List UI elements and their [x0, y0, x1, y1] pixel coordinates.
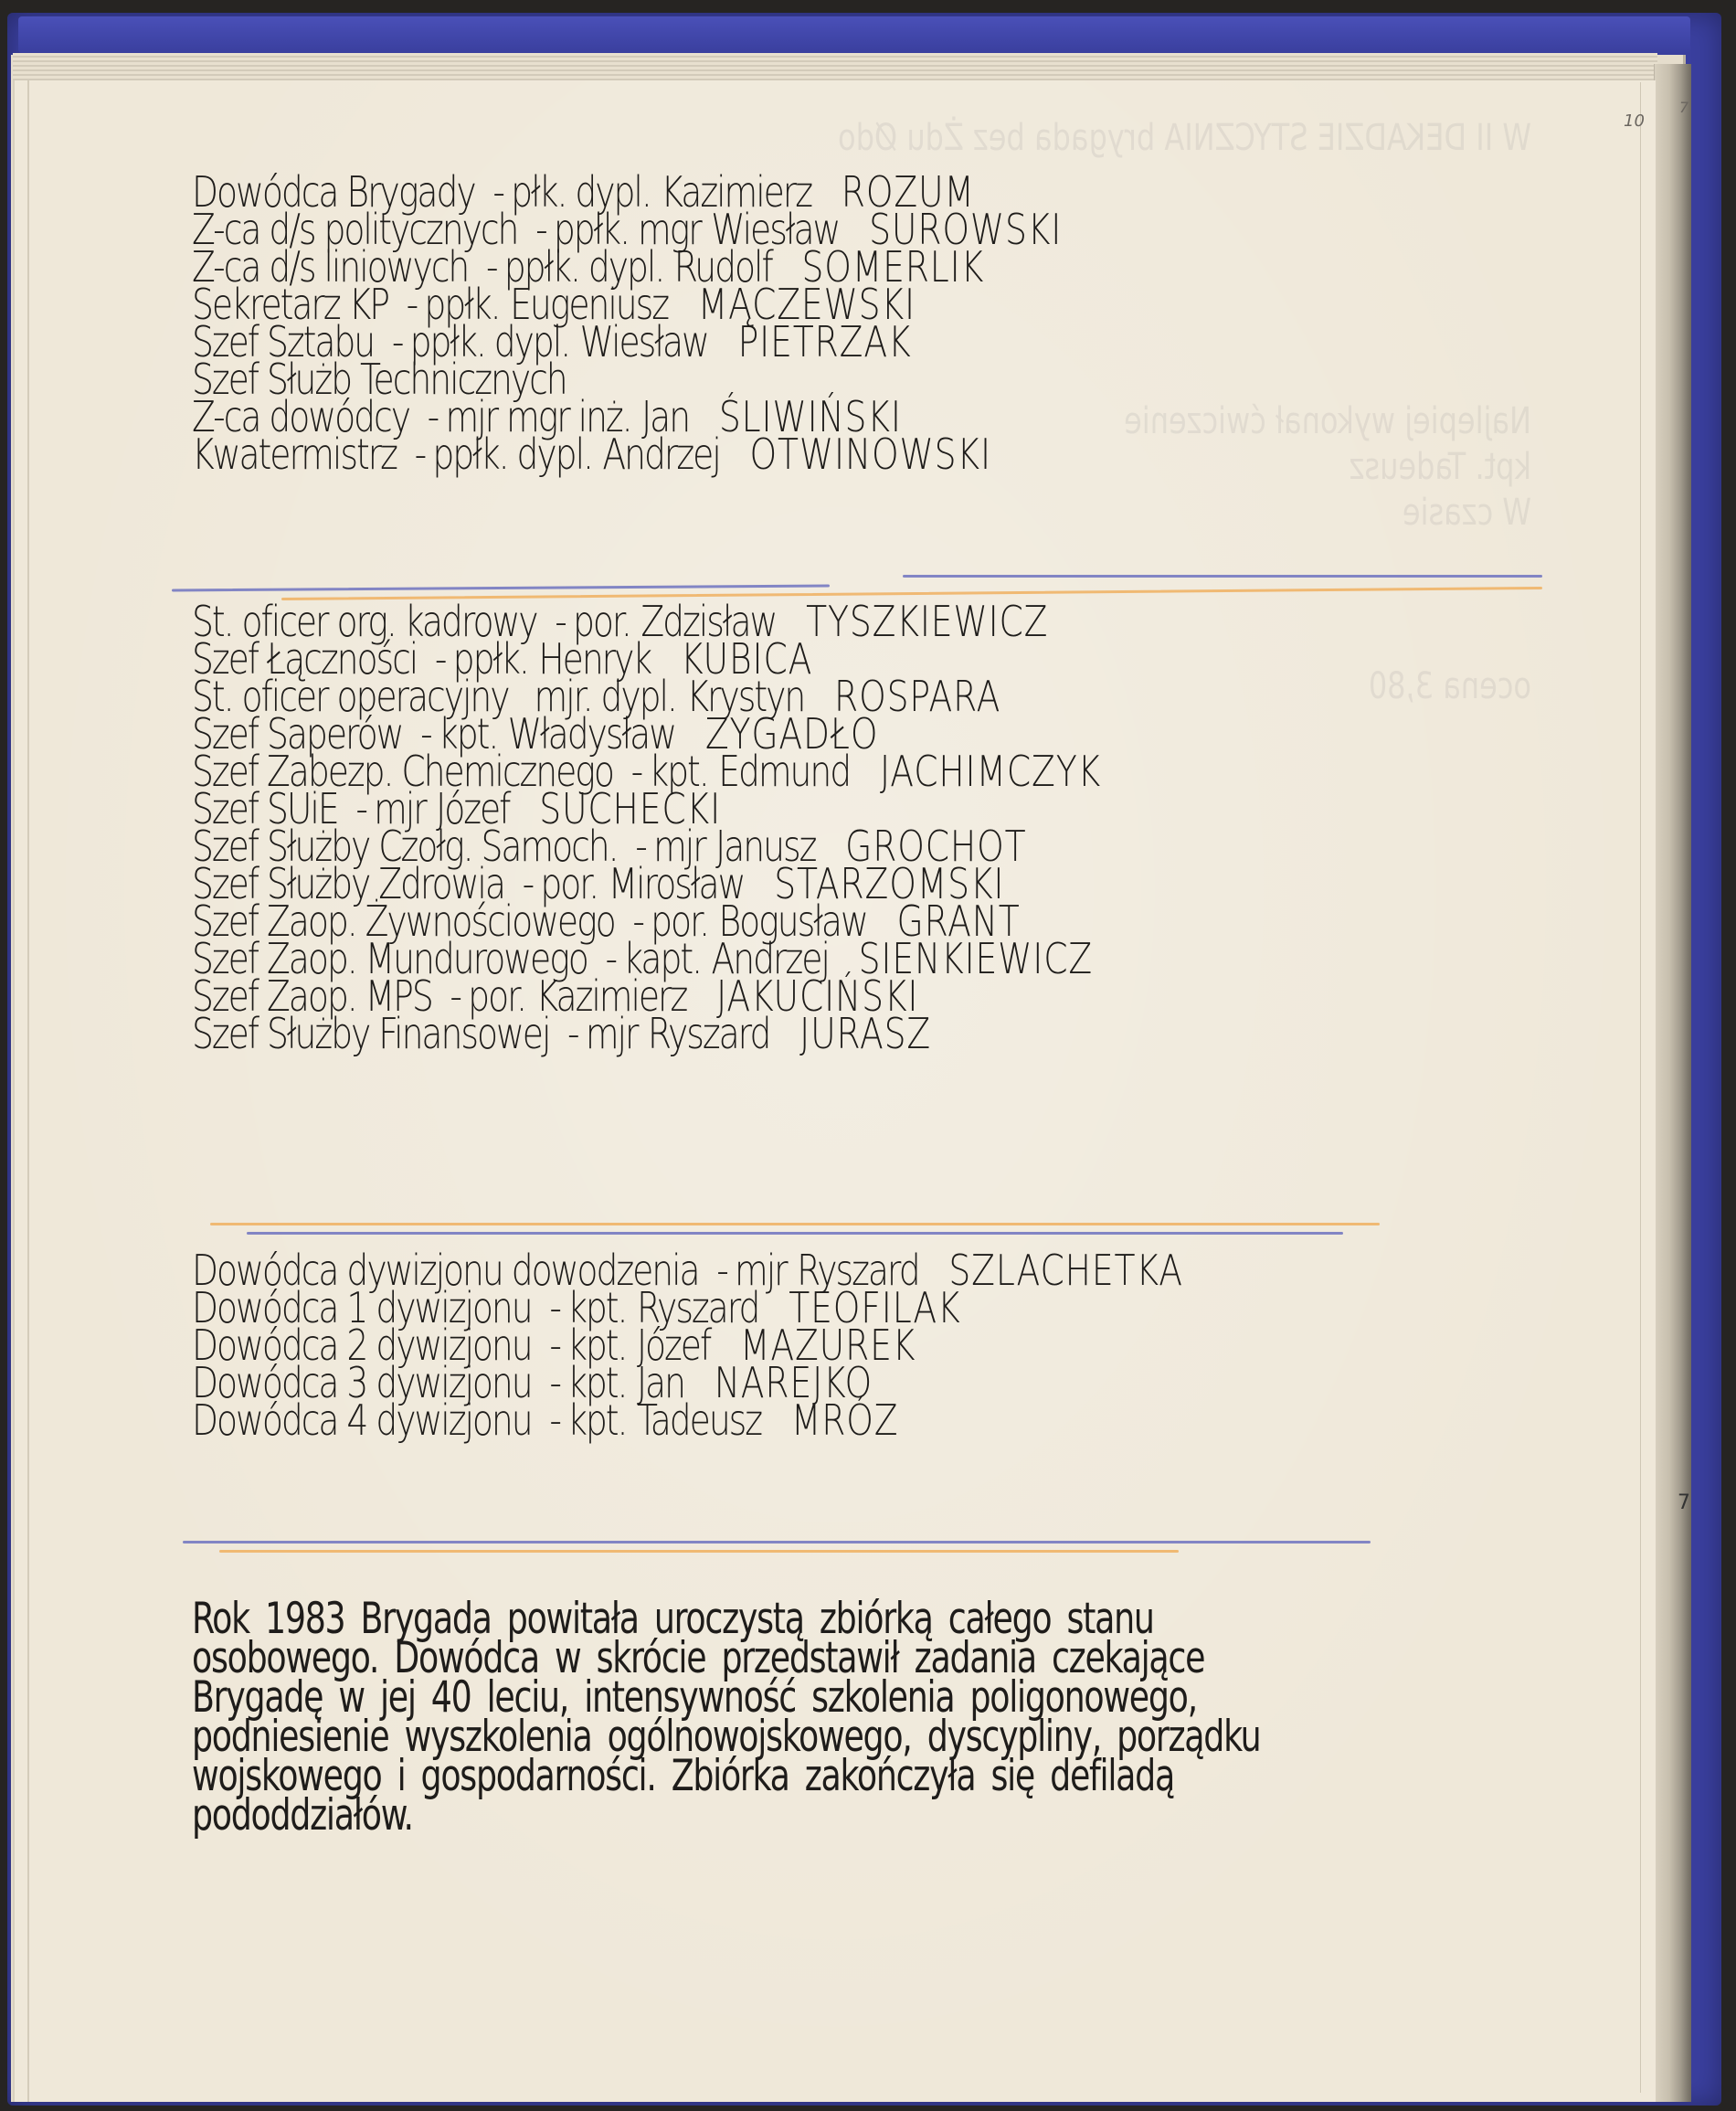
staff-list: St. oficer org. kadrowy-por.ZdzisławTYSZ… — [192, 603, 1301, 1053]
binding-line — [27, 80, 29, 2102]
entry-surname: SZLACHETKA — [948, 1246, 1182, 1295]
cover-top-edge — [18, 16, 1690, 53]
divider-orange-stroke — [210, 1223, 1380, 1225]
page-number: 10 — [1624, 111, 1645, 131]
entry-given-name: Wiesław — [580, 317, 708, 366]
entry-rank: kpt. — [567, 1395, 626, 1445]
bleed-through-line: ocena 3,80 — [1369, 665, 1531, 707]
entry-role: Dowódca 4 dywizjonu — [192, 1395, 532, 1445]
section-divider — [172, 565, 1542, 592]
command-entry: Kwatermistrz-ppłk. dypl.AndrzejOTWINOWSK… — [192, 436, 1062, 473]
entry-separator: - — [415, 430, 426, 479]
divider-blue-stroke — [183, 1541, 1371, 1543]
document-scan: W II DEKADZIE STYCZNIA brygada bez Żdu Ø… — [0, 0, 1736, 2111]
bleed-through-line: kpt. Tadeusz — [1350, 446, 1531, 488]
divider-blue-stroke — [247, 1232, 1343, 1235]
entry-role: Kwatermistrz — [192, 430, 397, 479]
section-divider — [210, 1217, 1471, 1245]
entry-rank: mjr — [586, 1009, 638, 1058]
entry-role: Szef Służby Finansowej — [192, 1009, 549, 1058]
divider-blue-stroke — [903, 575, 1542, 578]
entry-surname: MRÓZ — [791, 1395, 899, 1445]
battalion-commanders-list: Dowódca dywizjonu dowodzenia-mjrRyszardS… — [192, 1252, 1401, 1439]
bleed-through-line: W czasie — [1403, 492, 1531, 534]
page-stack-right-edge — [1654, 64, 1691, 2102]
page-margin-rule — [1640, 82, 1641, 2093]
command-list: Dowódca Brygady-płk. dypl.KazimierzROZUM… — [192, 174, 1253, 473]
entry-surname: JURASZ — [799, 1009, 931, 1058]
margin-mark: 7 — [1678, 1491, 1690, 1514]
entry-surname: OTWINOWSKI — [750, 430, 991, 479]
narrative-paragraph: Rok 1983 Brygada powitała uroczystą zbió… — [192, 1599, 1606, 1835]
bleed-through-line: W II DEKADZIE STYCZNIA brygada bez Żdu Ø… — [838, 117, 1531, 159]
divider-orange-stroke — [219, 1550, 1179, 1553]
entry-given-name: Tadeusz — [637, 1395, 761, 1445]
section-divider — [183, 1535, 1462, 1563]
entry-surname: JACHIMCZYK — [880, 747, 1101, 796]
page-top-edges — [13, 53, 1657, 80]
battalion-entry: Dowódca 4 dywizjonu-kpt.TadeuszMRÓZ — [192, 1402, 1183, 1439]
entry-surname: TYSZKIEWICZ — [806, 597, 1048, 646]
entry-surname: PIETRZAK — [738, 317, 912, 366]
entry-given-name: Edmund — [718, 747, 850, 796]
entry-given-name: Andrzej — [602, 430, 719, 479]
paragraph-line: pododdziałów. — [192, 1796, 1606, 1835]
entry-separator: - — [549, 1395, 560, 1445]
staff-entry: Szef Służby Finansowej-mjrRyszardJURASZ — [192, 1015, 1101, 1053]
underlying-page-number: 7 — [1679, 99, 1688, 116]
entry-rank: ppłk. dypl. — [432, 430, 592, 479]
entry-separator: - — [567, 1009, 578, 1058]
divider-blue-stroke — [172, 584, 830, 591]
entry-given-name: Ryszard — [648, 1009, 769, 1058]
